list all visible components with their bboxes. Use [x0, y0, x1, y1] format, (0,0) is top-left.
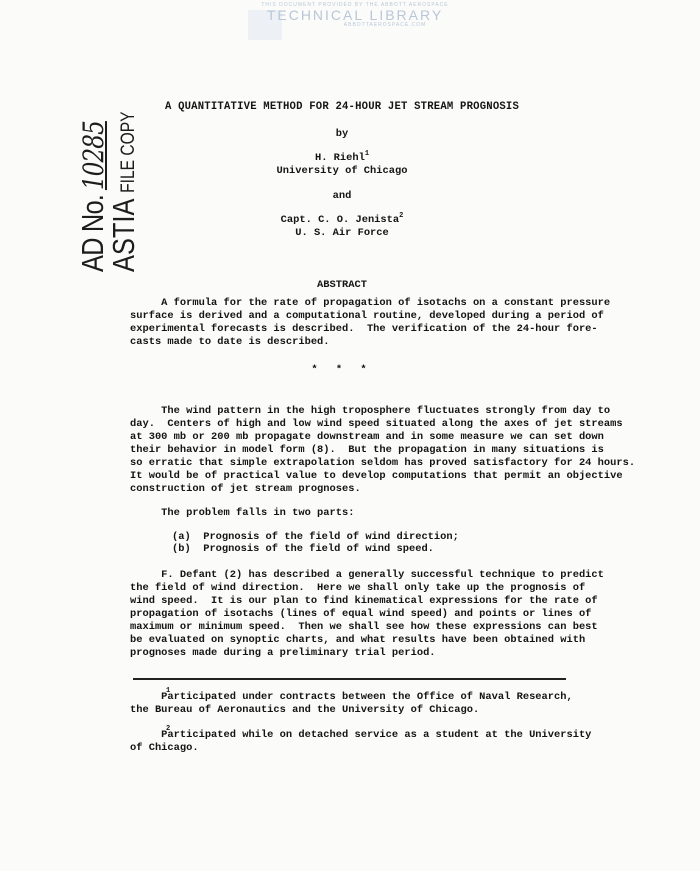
- body-line: maximum or minimum speed. Then we shall …: [130, 621, 630, 634]
- author-1: H. Riehl1: [162, 152, 522, 165]
- author-1-affiliation: University of Chicago: [162, 165, 522, 178]
- body-line: day. Centers of high and low wind speed …: [130, 418, 630, 431]
- author-2: Capt. C. O. Jenista2: [162, 214, 522, 227]
- section-separator: * * *: [162, 364, 522, 377]
- body-line: at 300 mb or 200 mb propagate downstream…: [130, 431, 630, 444]
- body-line: wind speed. It is our plan to find kinem…: [130, 595, 630, 608]
- body-line: prognoses made during a preliminary tria…: [130, 647, 630, 660]
- abstract-line: surface is derived and a computational r…: [130, 310, 630, 323]
- astia-stamp: AD No.10285 ASTIA FILE COPY: [78, 76, 144, 272]
- author-2-affiliation: U. S. Air Force: [162, 227, 522, 240]
- abstract-heading: ABSTRACT: [162, 279, 522, 292]
- author-2-name: Capt. C. O. Jenista: [281, 214, 399, 226]
- footnote-line: 1 Participated under contracts between t…: [130, 691, 630, 704]
- agency-label: ASTIA: [106, 200, 141, 272]
- author-1-name: H. Riehl: [315, 152, 365, 164]
- abstract-line: experimental forecasts is described. The…: [130, 323, 630, 336]
- body-line: construction of jet stream prognoses.: [130, 483, 630, 496]
- body-line: propagation of isotachs (lines of equal …: [130, 608, 630, 621]
- list-text: Prognosis of the field of wind direction…: [203, 531, 459, 543]
- watermark-line2: TECHNICAL LIBRARY: [240, 8, 470, 22]
- abstract-line: A formula for the rate of propagation of…: [130, 297, 630, 310]
- author-conjunction: and: [162, 190, 522, 203]
- abstract-line: casts made to date is described.: [130, 336, 630, 349]
- file-copy-label: FILE COPY: [118, 111, 139, 192]
- body-line: the field of wind direction. Here we sha…: [130, 582, 630, 595]
- byline: by: [162, 128, 522, 141]
- list-marker: (a): [172, 531, 191, 543]
- body-paragraph-2: The problem falls in two parts:: [130, 507, 630, 520]
- body-line: be evaluated on synoptic charts, and wha…: [130, 634, 630, 647]
- list-marker: (b): [172, 543, 191, 555]
- ad-no-value: 10285: [77, 121, 110, 190]
- body-line: The wind pattern in the high troposphere…: [130, 405, 630, 418]
- body-line: so erratic that simple extrapolation sel…: [130, 457, 630, 470]
- footnote-line: of Chicago.: [130, 742, 630, 755]
- footnote-line: the Bureau of Aeronautics and the Univer…: [130, 704, 630, 717]
- list-item: (b) Prognosis of the field of wind speed…: [172, 543, 434, 556]
- author-1-footnote-ref: 1: [365, 150, 369, 158]
- body-line: their behavior in model form (8). But th…: [130, 444, 630, 457]
- document-title: A QUANTITATIVE METHOD FOR 24-HOUR JET ST…: [162, 101, 522, 114]
- ad-no-label: AD No.: [75, 195, 110, 272]
- body-line: F. Defant (2) has described a generally …: [130, 569, 630, 582]
- author-2-footnote-ref: 2: [399, 212, 403, 220]
- body-line: It would be of practical value to develo…: [130, 470, 630, 483]
- list-text: Prognosis of the field of wind speed.: [203, 543, 434, 555]
- footnote-line: 2 Participated while on detached service…: [130, 729, 630, 742]
- watermark: THIS DOCUMENT PROVIDED BY THE ABBOTT AER…: [240, 2, 470, 28]
- footnote-divider: [133, 678, 566, 680]
